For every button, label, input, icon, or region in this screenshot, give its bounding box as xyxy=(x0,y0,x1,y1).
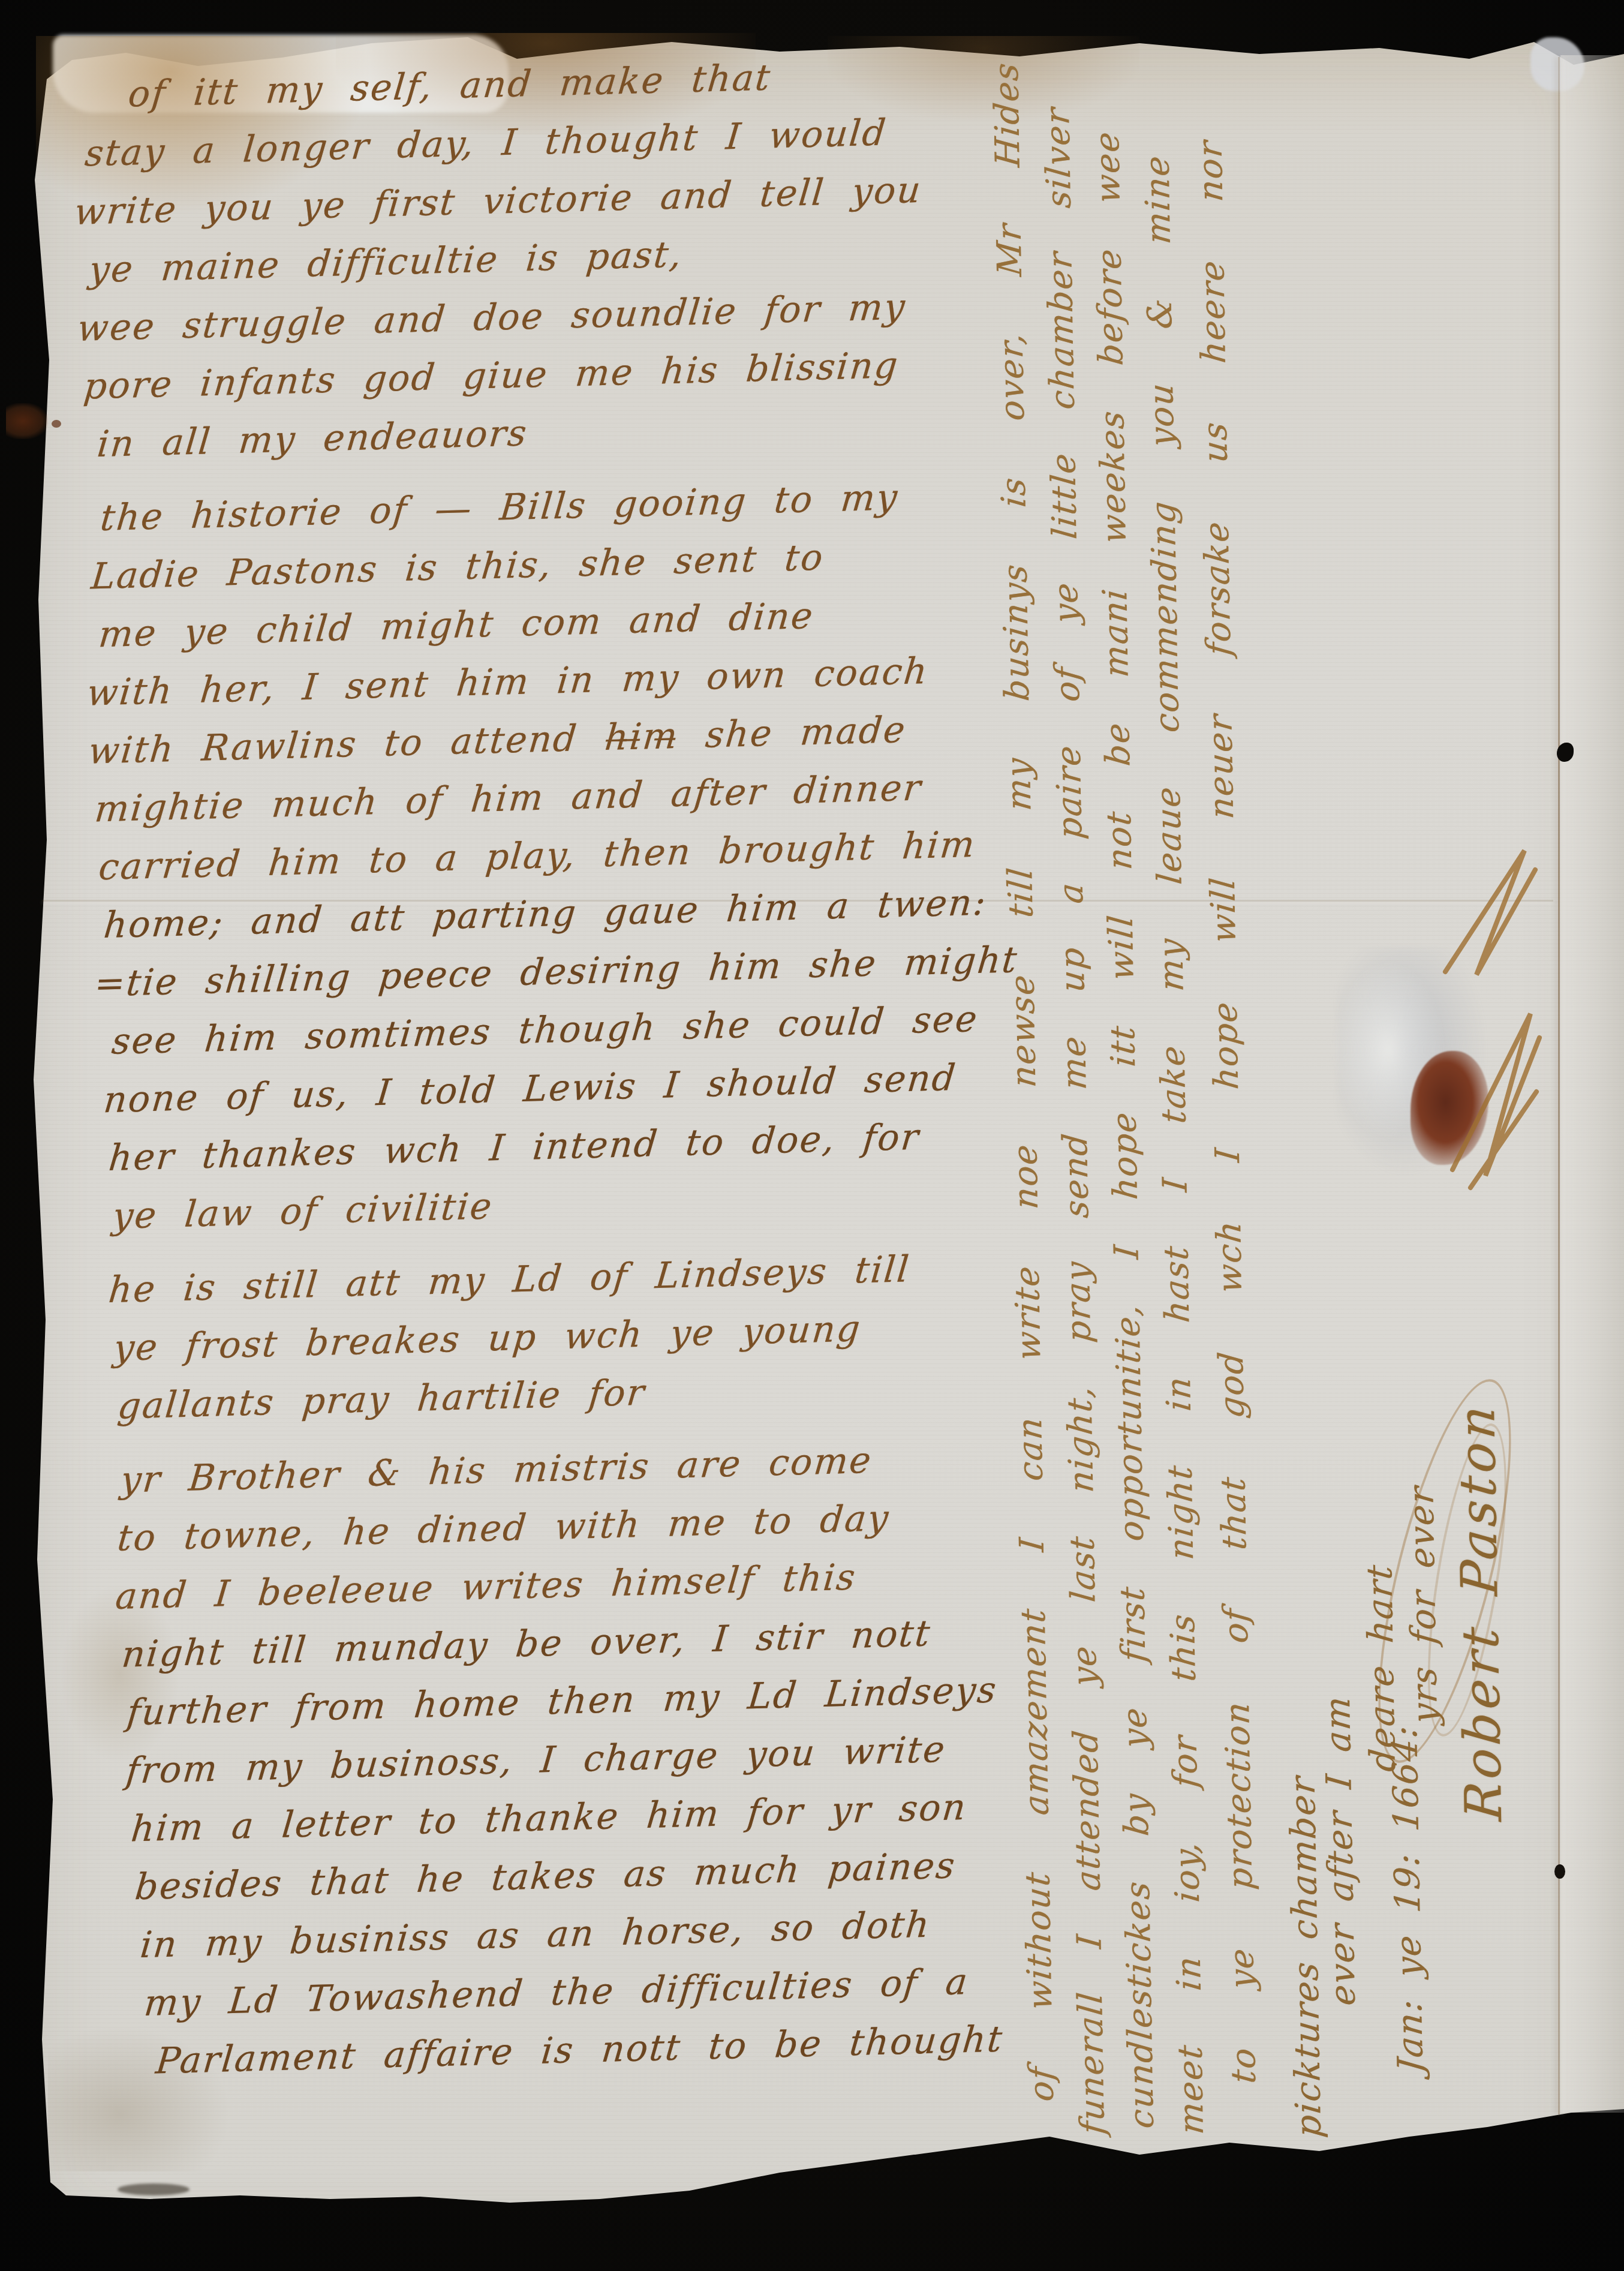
folded-second-leaf xyxy=(1560,55,1624,2113)
signature: Robert Paston xyxy=(1447,1400,1513,1823)
photo-background: of itt my self, and make that stay a lon… xyxy=(0,0,1624,2271)
date-line: Jan: ye 19: 1664: xyxy=(1384,1723,1431,2074)
place-line: picktures chamber xyxy=(1282,1774,1329,2139)
vertical-fold-crease xyxy=(1558,57,1560,2114)
letter-body: of itt my self, and make that stay a lon… xyxy=(71,41,1131,2092)
left-margin-blot xyxy=(6,403,48,439)
closing-valediction: yrs for ever xyxy=(1400,1484,1445,1725)
pen-flourish-mark xyxy=(1434,834,1548,1194)
